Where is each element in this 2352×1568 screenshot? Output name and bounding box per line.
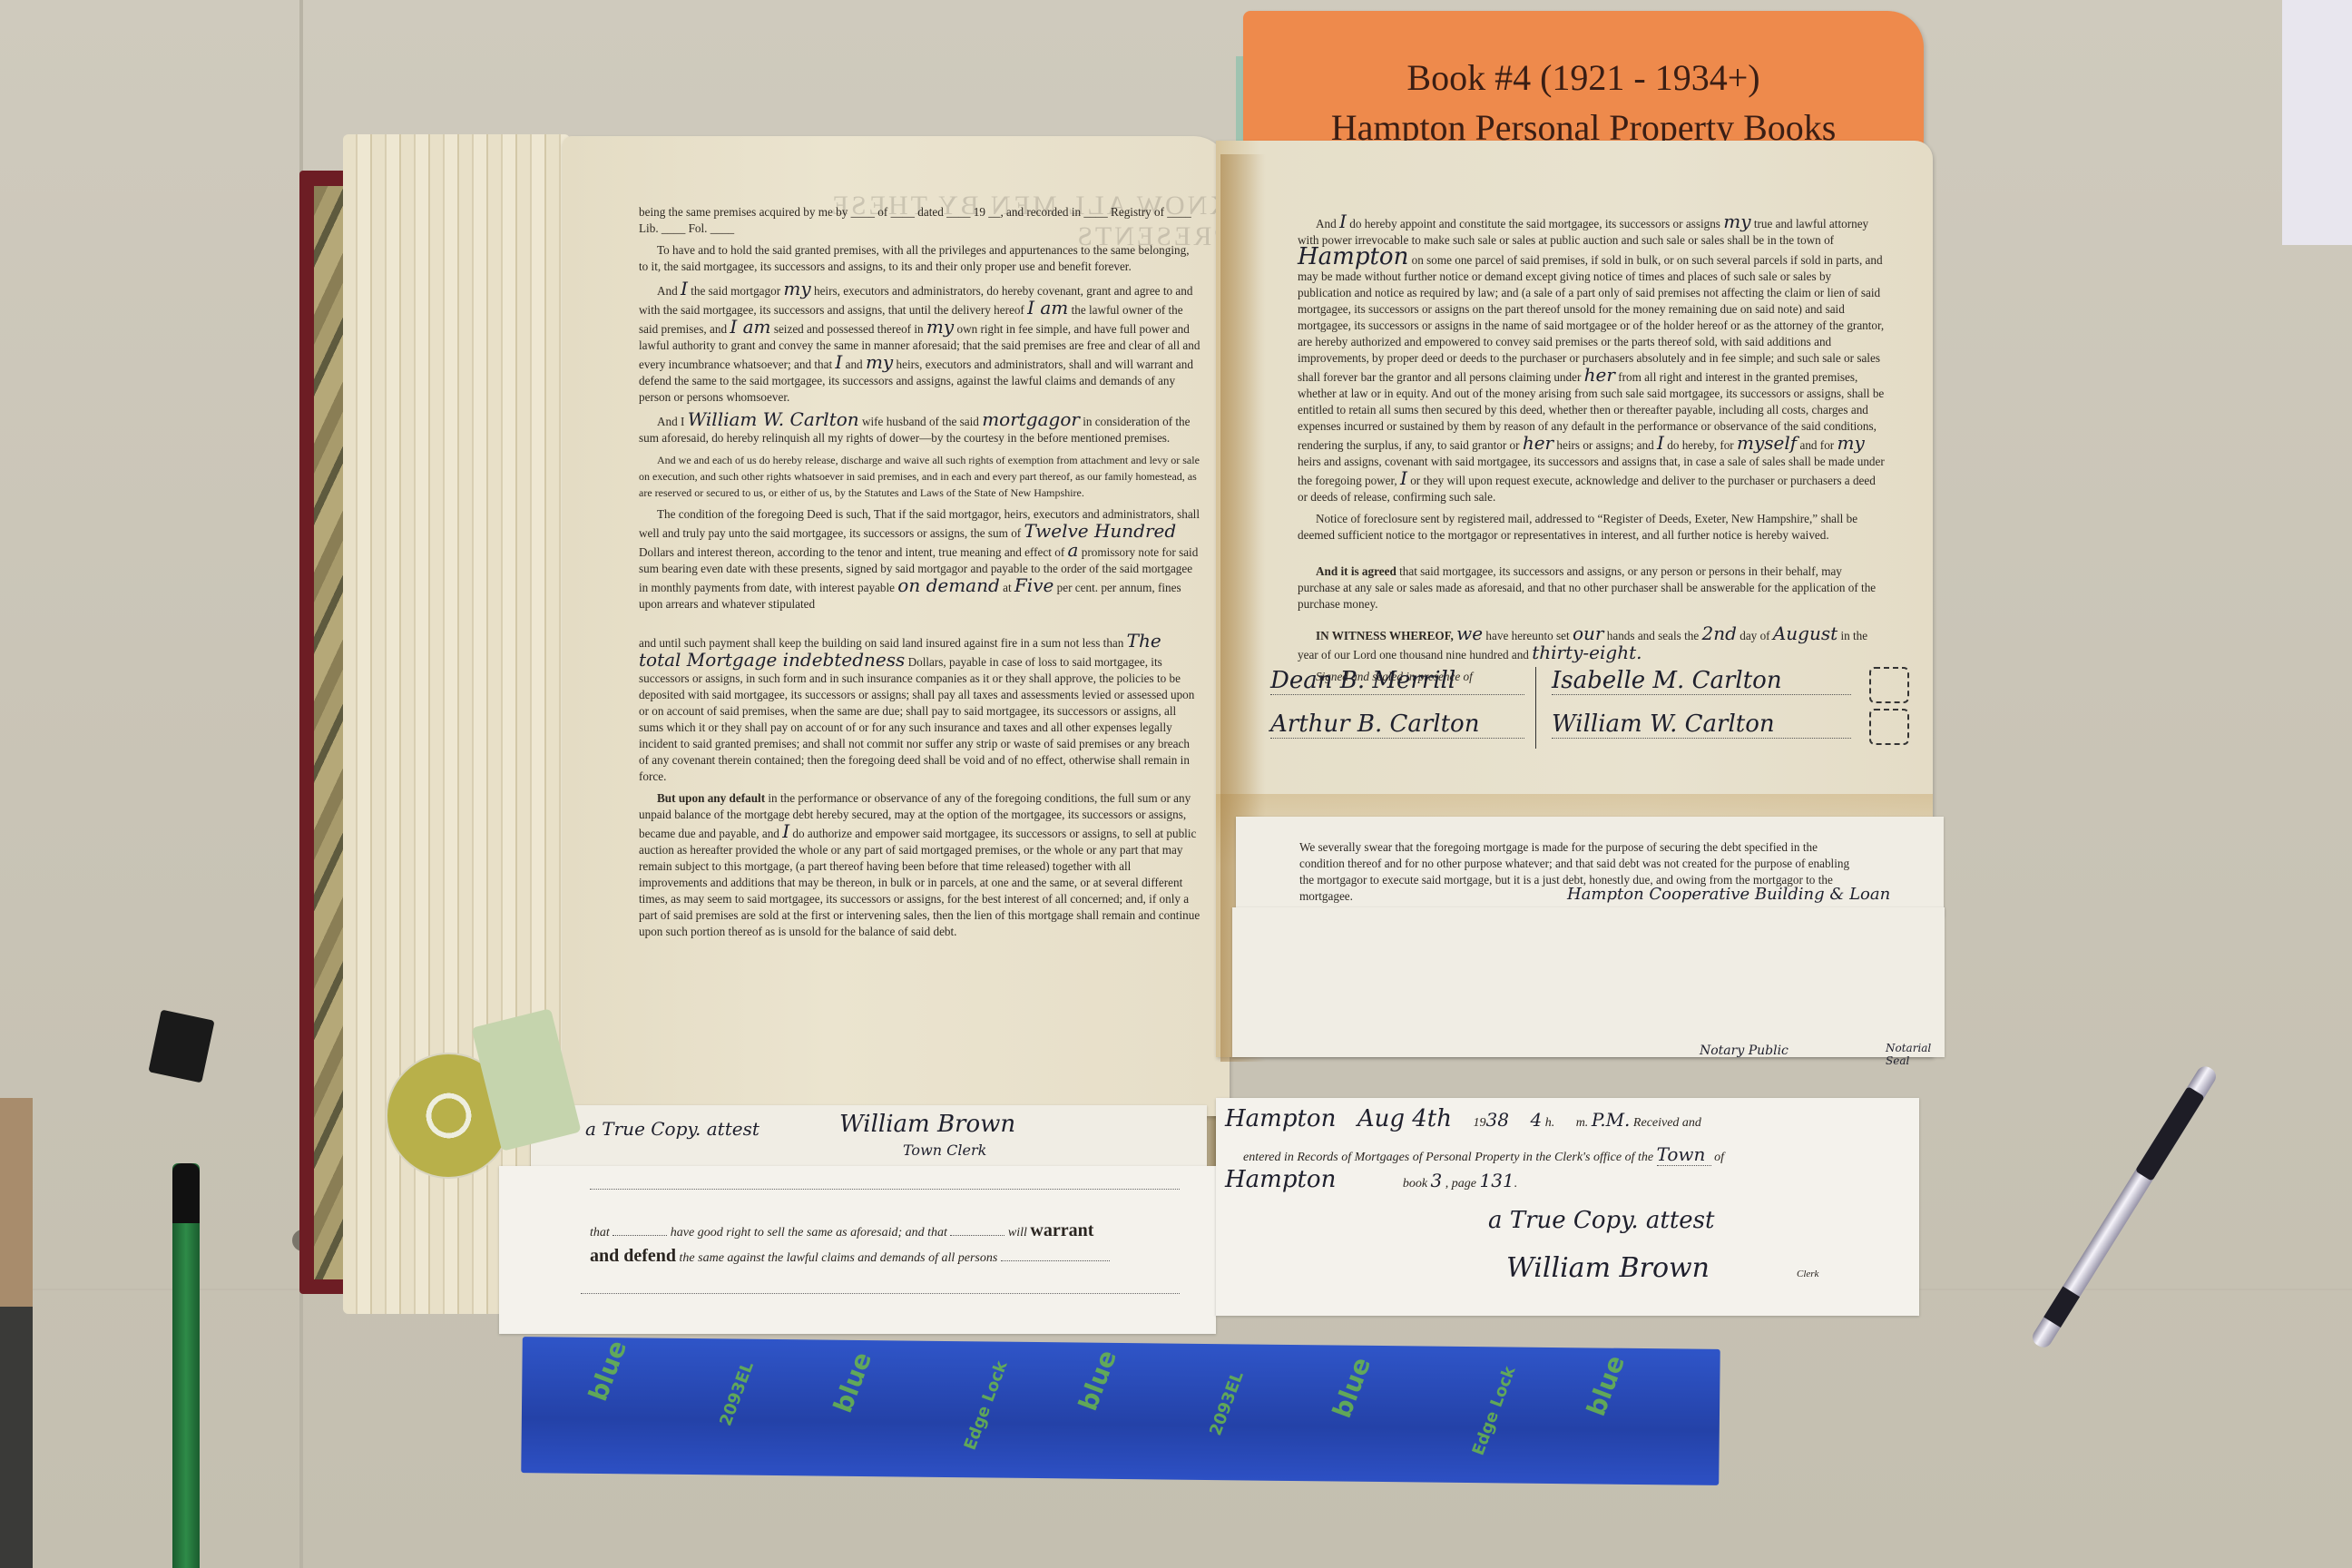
tape-print: Edge Lock	[961, 1358, 1012, 1453]
tape-print: 2093EL	[716, 1359, 758, 1429]
handwriting: my	[783, 278, 810, 299]
handwriting-date: Aug 4th	[1357, 1105, 1452, 1132]
painters-tape[interactable]: blue 2093EL blue Edge Lock blue 2093EL b…	[521, 1337, 1720, 1485]
handwriting: myself	[1737, 432, 1797, 454]
paragraph: And it is agreed that said mortgagee, it…	[1298, 563, 1887, 612]
warrant-slip[interactable]: that have good right to sell the same as…	[499, 1166, 1216, 1334]
notary-seal: Notarial Seal	[1886, 1042, 1945, 1067]
paragraph: To have and to hold the said granted pre…	[639, 242, 1201, 275]
handwriting: I	[1657, 432, 1664, 454]
record-line-1: Hampton Aug 4th 1938 4 h. m. P.M. Receiv…	[1225, 1105, 1901, 1132]
handwriting-town: Hampton	[1225, 1166, 1336, 1193]
right-page-text: And I do hereby appoint and constitute t…	[1298, 213, 1887, 691]
handwriting-signature: William W. Carlton	[688, 408, 859, 430]
tape-print: blue	[1073, 1346, 1122, 1415]
record-slip[interactable]: Hampton Aug 4th 1938 4 h. m. P.M. Receiv…	[1216, 1098, 1919, 1316]
clerk-label: Clerk	[1797, 1269, 1818, 1279]
paragraph: and until such payment shall keep the bu…	[639, 632, 1201, 785]
handwriting: I am	[730, 316, 770, 338]
handwriting: mortgagor	[982, 408, 1080, 430]
handwriting: I	[835, 351, 842, 373]
paragraph: And I the said mortgagor my heirs, execu…	[639, 280, 1201, 406]
signer-signature: William W. Carlton	[1552, 710, 1851, 739]
paragraph: But upon any default in the performance …	[639, 790, 1201, 940]
clerk-signature: William Brown	[839, 1111, 1015, 1138]
oath-signature: Hampton Cooperative Building & Loan	[1567, 885, 1890, 904]
tape-print: 2093EL	[1206, 1368, 1248, 1438]
tape-print: blue	[1327, 1353, 1377, 1422]
clerk-title: Town Clerk	[903, 1142, 986, 1159]
handwriting: I	[1339, 211, 1347, 232]
pen-tip	[172, 1163, 200, 1223]
book-number: 3	[1431, 1170, 1443, 1191]
seal-icon	[1869, 709, 1909, 745]
pen-grip	[2135, 1086, 2205, 1181]
book-label-title: Book #4 (1921 - 1934+)	[1243, 56, 1924, 99]
paragraph: And I do hereby appoint and constitute t…	[1298, 213, 1887, 505]
page-number: 131	[1480, 1170, 1514, 1191]
handwriting-town: Hampton	[1298, 243, 1408, 270]
divider	[1535, 667, 1536, 749]
notary-slip[interactable]: Notary Public Notarial Seal	[1232, 907, 1945, 1057]
handwriting: I	[681, 278, 688, 299]
dark-object-edge	[0, 1307, 33, 1568]
oath-slip[interactable]: We severally swear that the foregoing mo…	[1236, 817, 1944, 916]
seal-icon	[1869, 667, 1909, 703]
green-pen[interactable]	[172, 1163, 200, 1568]
record-line-2: entered in Records of Mortgages of Perso…	[1243, 1143, 1724, 1166]
handwriting: I	[782, 820, 789, 842]
paragraph: And we and each of us do hereby release,…	[639, 452, 1201, 501]
tape-print: blue	[1581, 1351, 1631, 1420]
handwriting-rate: Five	[1014, 574, 1053, 596]
paragraph: The condition of the foregoing Deed is s…	[639, 506, 1201, 612]
dotted-line	[581, 1293, 1180, 1294]
handwriting: a True Copy. attest	[585, 1118, 759, 1140]
handwriting: my	[1837, 432, 1864, 454]
handwriting: a	[1068, 539, 1079, 561]
dotted-line	[590, 1189, 1180, 1190]
tape-print: blue	[828, 1348, 877, 1417]
handwriting: her	[1584, 364, 1615, 386]
notary-signature: Notary Public	[1700, 1044, 1788, 1058]
paragraph: And I William W. Carlton wife husband of…	[639, 411, 1201, 446]
handwriting: I am	[1027, 297, 1068, 318]
left-page-text: being the same premises acquired by me b…	[639, 204, 1201, 946]
witness-signature: Dean B. Merrill	[1270, 667, 1524, 695]
handwriting: I	[1400, 467, 1407, 489]
silver-pen[interactable]	[2029, 1063, 2219, 1351]
handwriting: her	[1523, 432, 1553, 454]
paper-sheet-corner	[2282, 0, 2352, 245]
tape-print: blue	[583, 1337, 632, 1406]
record-line-3: Hampton book 3 , page 131.	[1225, 1166, 1517, 1193]
attest-slip[interactable]: a True Copy. attest William Brown Town C…	[531, 1105, 1207, 1169]
defend-line: and defend the same against the lawful c…	[590, 1246, 1110, 1267]
binder-clip-black[interactable]	[148, 1010, 214, 1083]
signer-signature: Isabelle M. Carlton	[1552, 667, 1851, 695]
attest-handwriting: a True Copy. attest	[1488, 1207, 1714, 1234]
handwriting-amount: Twelve Hundred	[1024, 520, 1177, 542]
witness-signature: Arthur B. Carlton	[1270, 710, 1524, 739]
witness-clause: IN WITNESS WHEREOF, we have hereunto set…	[1298, 625, 1887, 663]
warrant-line: that have good right to sell the same as…	[590, 1220, 1093, 1241]
handwriting: my	[866, 351, 893, 373]
handwriting: my	[1723, 211, 1750, 232]
handwriting: my	[926, 316, 954, 338]
handwriting: on demand	[897, 574, 1000, 596]
tape-print: Edge Lock	[1469, 1364, 1520, 1458]
signature-block: Dean B. Merrill Arthur B. Carlton Isabel…	[1270, 667, 1906, 749]
pen-band	[2043, 1286, 2080, 1328]
paragraph: Notice of foreclosure sent by registered…	[1298, 511, 1887, 544]
paragraph: being the same premises acquired by me b…	[639, 204, 1201, 237]
wood-block	[0, 1098, 33, 1307]
handwriting-place: Hampton	[1225, 1105, 1336, 1132]
left-page[interactable]: KNOW ALL MEN BY THESE PRESENTS being the…	[563, 136, 1230, 1116]
clerk-signature: William Brown	[1506, 1252, 1710, 1284]
